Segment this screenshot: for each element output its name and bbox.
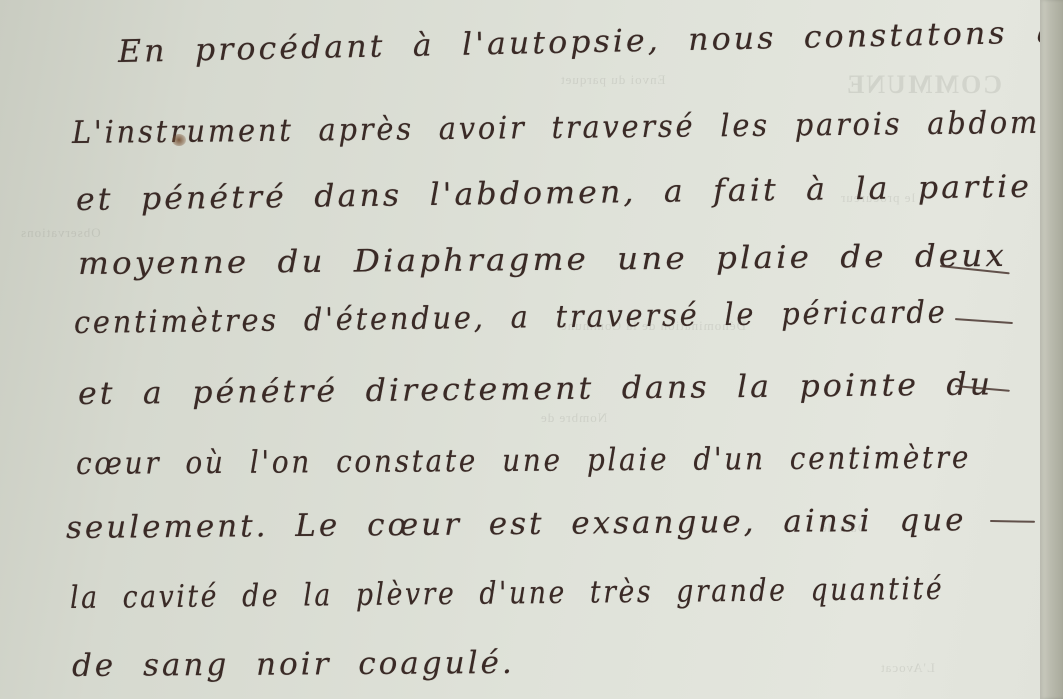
bleed-through-text: Envoi du parquet [560,72,666,88]
manuscript-line-8: seulement. Le cœur est exsangue, ainsi q… [66,502,967,546]
pen-flourish [990,520,1035,523]
bleed-through-text: Observations [20,225,101,241]
book-spine-edge [1040,0,1063,699]
manuscript-line-7: cœur où l'on constate une plaie d'un cen… [76,440,971,482]
bleed-through-text: Nombre de [540,410,607,426]
manuscript-line-9: la cavité de la plèvre d'une très grande… [70,571,945,616]
manuscript-line-10: de sang noir coagulé. [72,645,515,684]
manuscript-line-3: et pénétré dans l'abdomen, a fait à la p… [76,169,1033,218]
manuscript-page: COMMUNE Envoi du parquet le procureur Dé… [0,0,1040,699]
manuscript-line-5: centimètres d'étendue, a traversé le pér… [74,294,948,341]
bleed-through-text: L'Avocat [880,660,935,676]
manuscript-line-2: L'instrument après avoir traversé les pa… [72,104,1063,151]
bleed-through-heading: COMMUNE [845,70,1002,100]
pen-flourish [955,318,1013,324]
manuscript-line-1: En procédant à l'autopsie, nous constato… [118,13,1063,70]
manuscript-line-4: moyenne du Diaphragme une plaie de deux [78,238,1007,282]
manuscript-line-6: et a pénétré directement dans la pointe … [78,366,994,412]
ink-stain [172,134,186,146]
